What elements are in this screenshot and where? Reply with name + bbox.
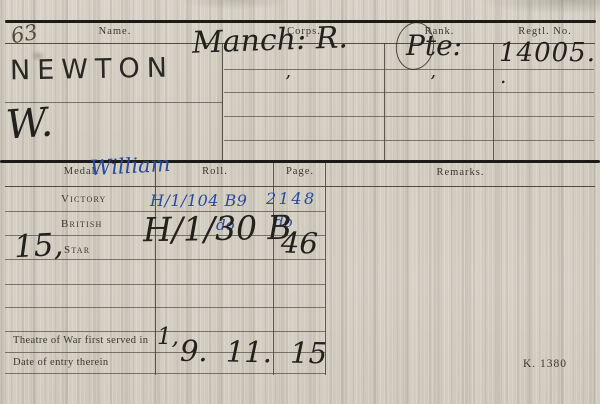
page-column-header: Page. <box>275 166 325 177</box>
date-of-entry-label: Date of entry therein <box>13 357 109 368</box>
row-rule <box>5 307 325 308</box>
medal-header-underline <box>5 186 595 187</box>
remarks-column-header: Remarks. <box>327 167 594 178</box>
name-column-header: Name. <box>8 26 222 37</box>
medal-row-label-victory: Victory <box>61 193 107 205</box>
scan-smudge-top-right <box>480 0 600 14</box>
row-rule <box>224 140 594 141</box>
row-rule <box>5 373 325 374</box>
star-medal-prefix-handwritten: 15, <box>13 230 64 264</box>
regtl-ditto-mark: . <box>500 66 506 86</box>
medal-row-label-british: British <box>61 218 103 230</box>
row-rule <box>224 116 594 117</box>
name-corps-divider <box>222 43 223 161</box>
corps-value-handwritten: Manch: R. <box>192 23 349 58</box>
row-rule <box>224 92 594 93</box>
theatre-of-war-value-handwritten: 1, <box>157 326 179 349</box>
rank-value-handwritten: Pte: <box>406 32 462 60</box>
scan-smudge-top-center <box>180 0 290 10</box>
rank-ditto-mark: ’ <box>430 74 436 92</box>
date-of-entry-value-handwritten: 9. 11. 15 <box>180 337 328 369</box>
forename-initial-handwritten: W. <box>5 102 55 145</box>
star-roll-handwritten: H/1/30 B <box>143 211 292 247</box>
rank-regtl-divider <box>493 43 494 161</box>
medal-index-card: Name. Corps. Rank. Regtl. No. Medal. Rol… <box>0 0 600 404</box>
row-rule <box>5 284 325 285</box>
theatre-of-war-label: Theatre of War first served in <box>13 335 148 346</box>
medal-row-label-star: Star <box>64 244 90 256</box>
card-ref-number-handwritten: 63 <box>9 22 39 47</box>
corps-rank-divider <box>384 43 385 161</box>
regtl-no-value-handwritten: 14005. <box>499 40 596 66</box>
victory-roll-handwritten: H/1/104 B9 <box>150 193 247 209</box>
victory-page-handwritten: 2148 <box>266 191 317 207</box>
form-reference-number: K. 1380 <box>523 358 567 370</box>
star-page-handwritten: 46 <box>281 228 319 258</box>
corps-ditto-mark: ’ <box>285 74 291 92</box>
surname-handwritten: NEWTON <box>10 55 174 85</box>
roll-column-header: Roll. <box>157 166 273 177</box>
forename-annotation-handwritten: William <box>90 154 172 179</box>
regtl-no-column-header: Regtl. No. <box>495 26 595 37</box>
